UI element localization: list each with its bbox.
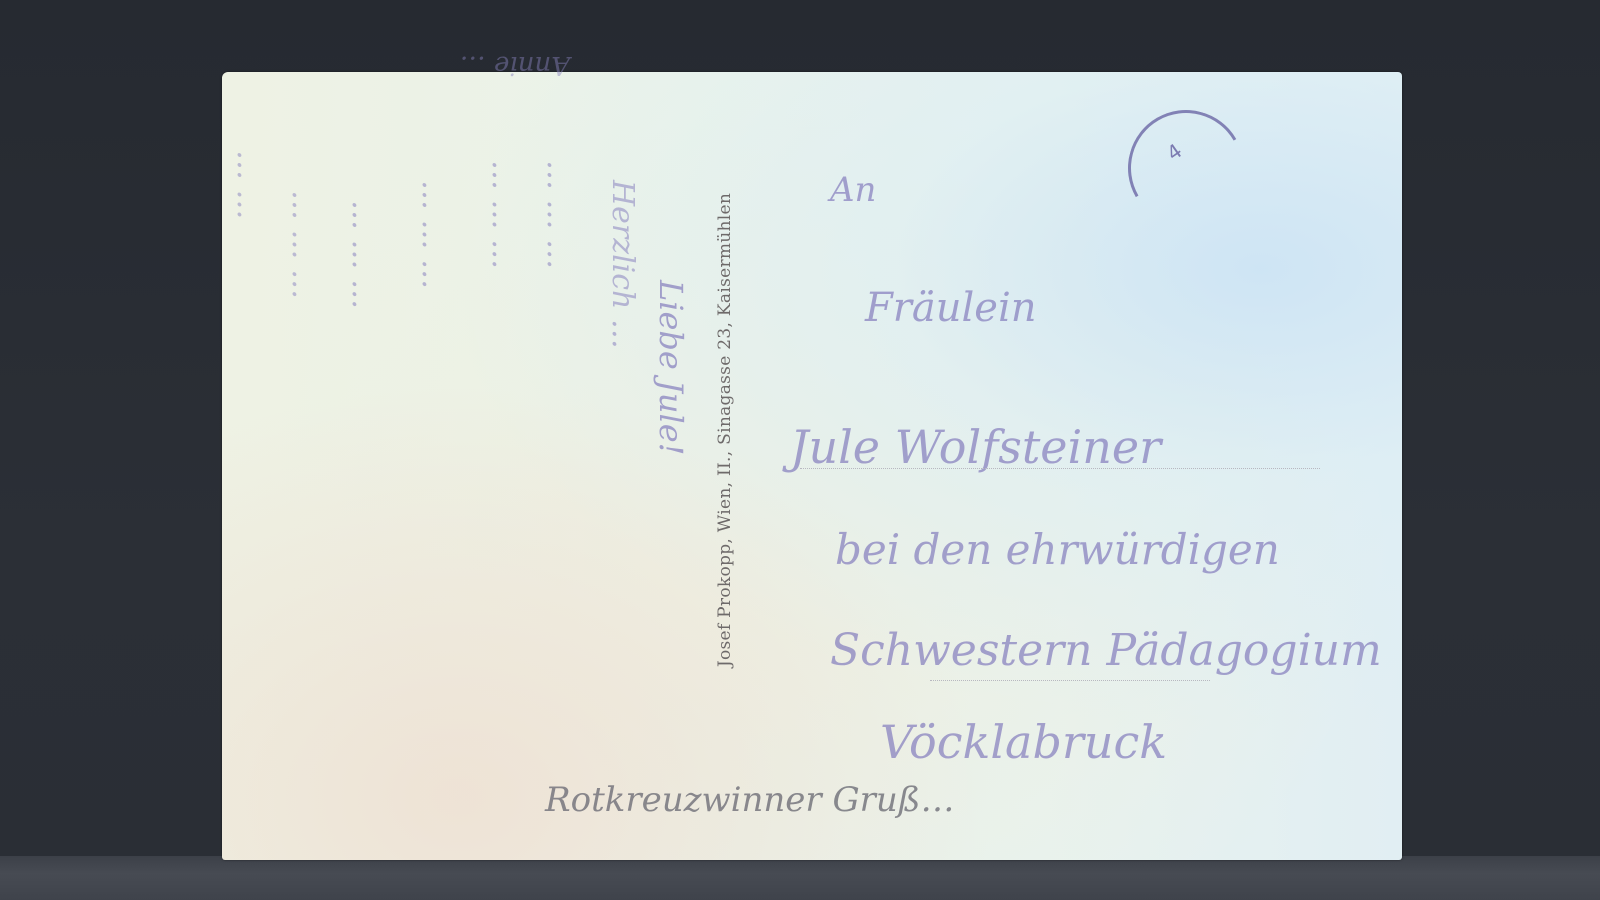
address-rule-1 — [800, 468, 1320, 469]
message-line-5: … … … — [415, 180, 450, 289]
message-top-margin: Annie … — [460, 50, 570, 80]
message-line-2: Herzlich … — [605, 180, 640, 349]
publisher-imprint: Josef Prokopp, Wien, II., Sinagasse 23, … — [715, 193, 735, 667]
message-line-8: … … — [230, 150, 265, 220]
table-surface — [0, 856, 1600, 900]
message-line-6: … … … — [345, 200, 380, 309]
address-line-5: Schwestern Pädagogium — [830, 625, 1382, 676]
message-line-1: Liebe Jule! — [652, 280, 690, 455]
address-line-3: Jule Wolfsteiner — [790, 420, 1161, 474]
message-line-7: … … … — [285, 190, 320, 299]
pencil-note: Rotkreuzwinner Gruß… — [545, 780, 955, 820]
address-rule-2 — [930, 680, 1210, 681]
message-line-4: … … … — [485, 160, 520, 269]
address-line-6: Vöcklabruck — [880, 715, 1167, 769]
address-line-4: bei den ehrwürdigen — [835, 525, 1280, 574]
message-line-3: … … … — [540, 160, 575, 269]
address-line-1: An — [830, 170, 876, 210]
address-line-2: Fräulein — [865, 285, 1037, 331]
